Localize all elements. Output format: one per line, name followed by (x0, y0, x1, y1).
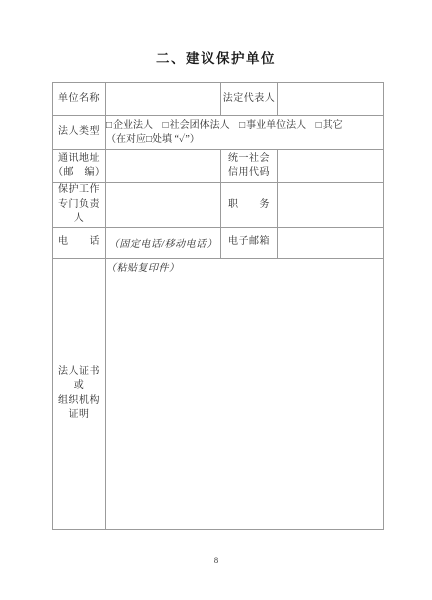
legal-type-hint: （在对应□处填 “✓”） (106, 133, 383, 147)
legal-representative-label: 法定代表人 (221, 83, 278, 116)
legal-type-option-enterprise[interactable]: □企业法人 (106, 120, 153, 131)
certificate-label-line3: 证明 (53, 408, 105, 423)
mailing-address-label: 通讯地址 （邮 编） (53, 150, 106, 183)
protection-lead-field[interactable] (106, 183, 221, 228)
credit-code-label: 统一社会 信用代码 (221, 150, 278, 183)
legal-type-option-label: 事业单位法人 (246, 120, 306, 131)
mailing-address-label-line2: （邮 编） (53, 166, 105, 181)
protection-lead-label: 保护工作 专门负责人 (53, 183, 106, 228)
legal-person-type-options-cell: □企业法人 □社会团体法人 □事业单位法人 □其它 （在对应□处填 “✓”） (106, 116, 384, 150)
mailing-address-field[interactable] (106, 150, 221, 183)
unit-name-label: 单位名称 (53, 83, 106, 116)
legal-type-option-public-institution[interactable]: □事业单位法人 (239, 120, 306, 131)
certificate-label-line2: 组织机构 (53, 394, 105, 409)
credit-code-label-line1: 统一社会 (221, 152, 277, 167)
credit-code-field[interactable] (278, 150, 384, 183)
table-row: 电 话 （固定电话/移动电话） 电子邮箱 (53, 227, 384, 258)
page-number: 8 (0, 555, 432, 565)
unit-name-field[interactable] (106, 83, 221, 116)
protection-lead-label-line1: 保护工作 (53, 183, 105, 198)
table-row: 法人证书或 组织机构 证明 （粘贴复印件） (53, 258, 384, 529)
protection-lead-label-line2: 专门负责人 (53, 198, 105, 227)
legal-representative-field[interactable] (278, 83, 384, 116)
legal-type-options-line: □企业法人 □社会团体法人 □事业单位法人 □其它 (106, 119, 383, 133)
certificate-label: 法人证书或 组织机构 证明 (53, 258, 106, 529)
email-field[interactable] (278, 227, 384, 258)
legal-type-option-label: 其它 (323, 120, 343, 131)
checkbox-icon[interactable]: □ (163, 120, 169, 131)
mailing-address-label-line1: 通讯地址 (53, 152, 105, 167)
table-row: 保护工作 专门负责人 职 务 (53, 183, 384, 228)
certificate-paste-area[interactable]: （粘贴复印件） (106, 258, 384, 529)
position-label: 职 务 (221, 183, 278, 228)
certificate-label-line1: 法人证书或 (53, 365, 105, 394)
page-title: 二、建议保护单位 (0, 47, 432, 67)
table-row: 通讯地址 （邮 编） 统一社会 信用代码 (53, 150, 384, 183)
legal-type-option-label: 企业法人 (113, 120, 153, 131)
phone-hint: （固定电话/移动电话） (109, 239, 217, 250)
form-table: 单位名称 法定代表人 法人类型 □企业法人 □社会团体法人 □事业单位法人 □其… (52, 82, 384, 530)
legal-type-option-social-org[interactable]: □社会团体法人 (163, 120, 230, 131)
legal-person-type-label: 法人类型 (53, 116, 106, 150)
credit-code-label-line2: 信用代码 (221, 166, 277, 181)
position-field[interactable] (278, 183, 384, 228)
document-page: 二、建议保护单位 单位名称 法定代表人 法人类型 □企业法人 □社会团体法人 (0, 0, 432, 600)
legal-type-option-label: 社会团体法人 (170, 120, 230, 131)
checkbox-icon[interactable]: □ (316, 120, 322, 131)
table-row: 单位名称 法定代表人 (53, 83, 384, 116)
phone-label: 电 话 (53, 227, 106, 258)
phone-field[interactable]: （固定电话/移动电话） (106, 227, 221, 258)
table-row: 法人类型 □企业法人 □社会团体法人 □事业单位法人 □其它 （在对应□处填 “… (53, 116, 384, 150)
checkbox-icon[interactable]: □ (239, 120, 245, 131)
email-label: 电子邮箱 (221, 227, 278, 258)
checkbox-icon[interactable]: □ (106, 120, 112, 131)
certificate-paste-note: （粘贴复印件） (106, 263, 180, 274)
legal-type-option-other[interactable]: □其它 (316, 120, 343, 131)
